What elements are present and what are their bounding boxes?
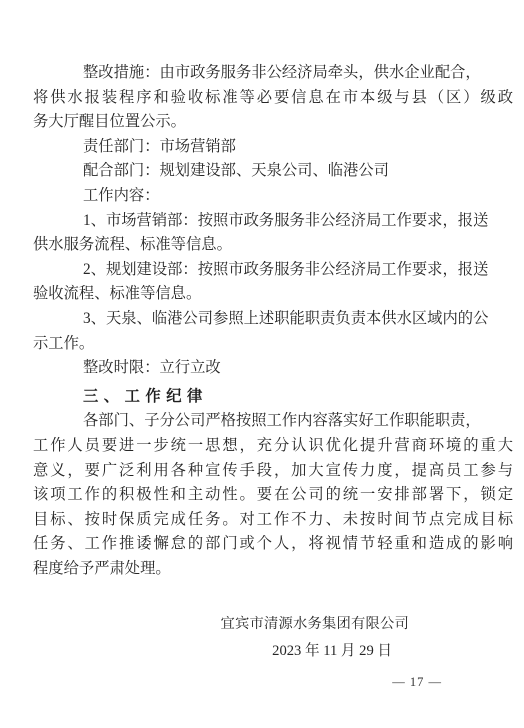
document-line: 目标、按时保质完成任务。对工作不力、未按时间节点完成目标 — [33, 508, 513, 533]
document-line: 验收流程、标准等信息。 — [33, 282, 513, 307]
document-line: 务大厅醒目位置公示。 — [33, 110, 513, 135]
document-line-item-2: 2、规划建设部：按照市政务服务非公经济局工作要求，报送 — [33, 258, 513, 283]
page-number: — 17 — — [33, 674, 513, 690]
document-line: 任务、工作推诿懈怠的部门或个人，将视情节轻重和造成的影响 — [33, 532, 513, 557]
section-heading-work-discipline: 三、工作纪律 — [33, 385, 513, 410]
document-line-responsible-dept: 责任部门：市场营销部 — [33, 135, 513, 160]
document-line: 程度给予严肃处理。 — [33, 557, 513, 582]
document-line: 整改措施：由市政务服务非公经济局牵头，供水企业配合， — [33, 61, 513, 86]
document-line-deadline: 整改时限：立行立改 — [33, 356, 513, 381]
document-line: 示工作。 — [33, 332, 513, 357]
document-page: 整改措施：由市政务服务非公经济局牵头，供水企业配合， 将供水报装程序和验收标准等… — [0, 0, 524, 728]
document-line-work-content-label: 工作内容： — [33, 184, 513, 209]
document-line: 工作人员要进一步统一思想，充分认识优化提升营商环境的重大 — [33, 434, 513, 459]
signature-company: 宜宾市清源水务集团有限公司 — [33, 612, 513, 636]
document-line-cooperating-dept: 配合部门：规划建设部、天泉公司、临港公司 — [33, 159, 513, 184]
document-line: 该项工作的积极性和主动性。要在公司的统一安排部署下，锁定 — [33, 483, 513, 508]
document-line: 各部门、子分公司严格按照工作内容落实好工作职能职责， — [33, 409, 513, 434]
document-line: 供水服务流程、标准等信息。 — [33, 233, 513, 258]
document-body: 整改措施：由市政务服务非公经济局牵头，供水企业配合， 将供水报装程序和验收标准等… — [33, 61, 513, 690]
document-line-item-3: 3、天泉、临港公司参照上述职能职责负责本供水区域内的公 — [33, 307, 513, 332]
document-line: 意义，要广泛利用各种宣传手段，加大宣传力度，提高员工参与 — [33, 459, 513, 484]
document-line: 将供水报装程序和验收标准等必要信息在市本级与县（区）级政 — [33, 86, 513, 111]
document-line-item-1: 1、市场营销部：按照市政务服务非公经济局工作要求，报送 — [33, 209, 513, 234]
signature-date: 2023 年 11 月 29 日 — [33, 639, 513, 663]
